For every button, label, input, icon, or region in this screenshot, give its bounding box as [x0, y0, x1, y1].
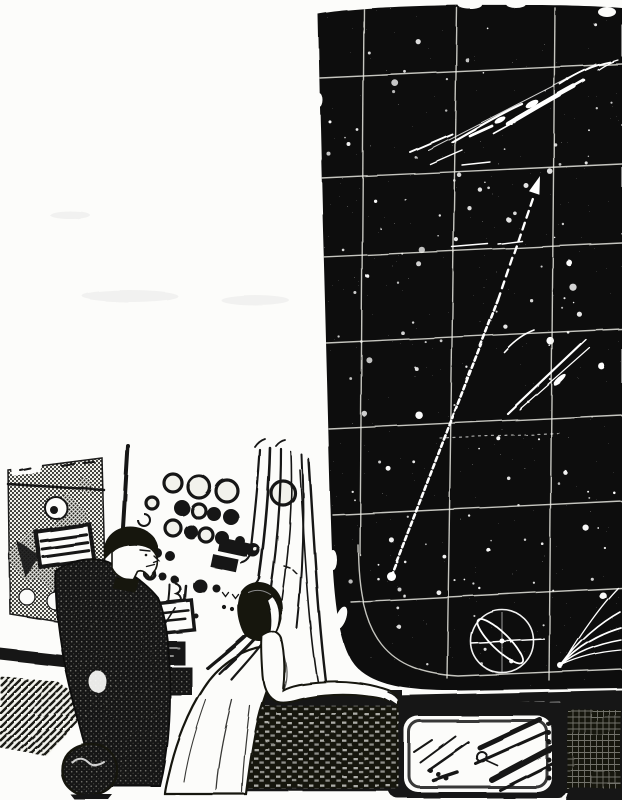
hatched-block — [566, 708, 622, 792]
face — [112, 545, 158, 581]
indicator-lamp — [19, 589, 35, 605]
scene-svg — [0, 0, 622, 800]
viewscreen — [311, 0, 622, 691]
hatched-block-top-strip — [576, 694, 616, 706]
suit-highlight — [89, 671, 107, 693]
illustration-canvas — [0, 0, 622, 800]
desk-corner-shadow — [566, 788, 622, 800]
